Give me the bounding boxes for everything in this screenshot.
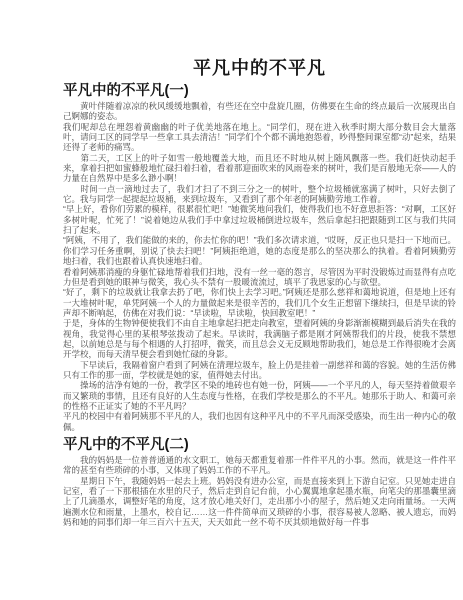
essay-paragraph: 平凡的校园中有着阿姨那不平凡的人，我们也因有这种平凡中的不平凡而深受感染，而生出… (63, 411, 456, 432)
section-two-body: 我的妈妈是一位普普通通的水文职工，她每天都重复着那一件件平凡的小事。然而，就是这… (63, 455, 456, 527)
essay-section-one: 平凡中的不平凡(一) 黄叶伴随着凉凉的秋风缓缓地飘着，有些还在空中盘旋几圈，仿佛… (63, 82, 456, 432)
essay-section-two: 平凡中的不平凡(二) 我的妈妈是一位普普通通的水文职工，她每天都重复着那一件件平… (63, 436, 456, 527)
essay-paragraph: “早上好，看你们劳累的模样，很累很忙吧！”她微笑地问我们，使得我们也不好意思拒答… (63, 204, 456, 235)
essay-paragraph: 于是，身体的生物钟便使我们不由自主地拿起扫把走向教室，望着阿姨的身影渐渐模糊到最… (63, 318, 456, 359)
section-one-heading: 平凡中的不平凡(一) (63, 82, 456, 100)
essay-paragraph: “阿姨，不用了，我们能做的来的，你去忙你的吧！”我们多次请求道，“哎呀，反正也只… (63, 235, 456, 266)
essay-paragraph: 下早读后，我隔着窗户看到了阿姨在清理垃圾车，脸上仍是挂着一副慈祥和蔼的容貌。她的… (63, 360, 456, 381)
section-one-body: 黄叶伴随着凉凉的秋风缓缓地飘着，有些还在空中盘旋几圈，仿佛要在生命的终点最后一次… (63, 101, 456, 432)
document-page: 平凡中的不平凡 平凡中的不平凡(一) 黄叶伴随着凉凉的秋风缓缓地飘着，有些还在空… (0, 0, 463, 600)
essay-paragraph: 星期日下午，我随妈妈一起去上班。妈妈没有进办公室，而是直接来到上下游自记室。只见… (63, 476, 456, 528)
essay-paragraph: 看着阿姨那消瘦的身躯忙碌地帮着我们扫地，没有一丝一毫的怨言，尽管因为平时没锻炼过… (63, 267, 456, 288)
essay-paragraph: 时间一点一滴地过去了，我们才扫了不到三分之一的树叶，整个垃圾桶就塞满了树叶，只好… (63, 184, 456, 205)
essay-paragraph: 黄叶伴随着凉凉的秋风缓缓地飘着，有些还在空中盘旋几圈，仿佛要在生命的终点最后一次… (63, 101, 456, 122)
essay-paragraph: 第二天，工区上的叶子如雪一般地覆盖大地，而且还不时地从树上随风飘落一些。我们赶快… (63, 153, 456, 184)
essay-paragraph: “好了，剩下的垃圾就让我拿去扔了吧，你们快上去学习吧。”阿姨还是那么慈祥和蔼地说… (63, 287, 456, 318)
essay-paragraph: 我的妈妈是一位普普通通的水文职工，她每天都重复着那一件件平凡的小事。然而，就是这… (63, 455, 456, 476)
essay-paragraph: 我们呢却总在埋怨着黄幽幽的叶子优美地落在地上。“同学们，现在进入秋季时期大部分数… (63, 122, 456, 153)
essay-paragraph: 操场的洁净有她的一份，教学区不染的地砖也有她一份，阿姨——一个平凡的人，每天坚持… (63, 380, 456, 411)
document-title: 平凡中的不平凡 (63, 57, 456, 79)
section-two-heading: 平凡中的不平凡(二) (63, 436, 456, 454)
